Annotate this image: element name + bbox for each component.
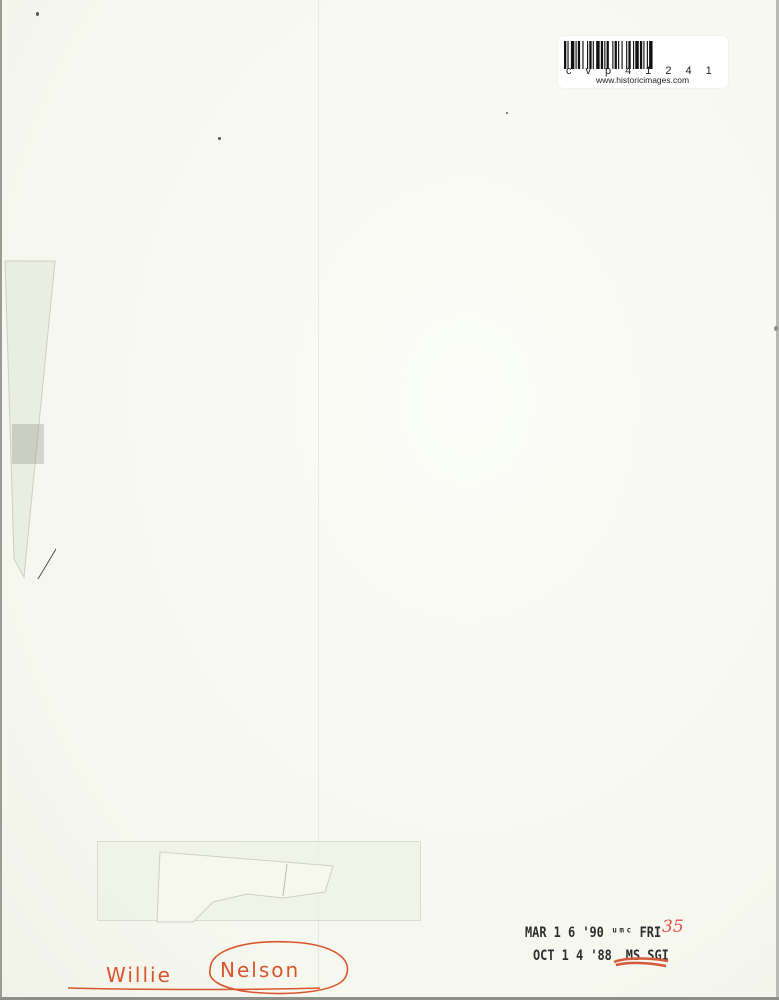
caption-last-name: Nelson (220, 958, 300, 982)
speck (218, 137, 221, 140)
barcode-label: cvp41241 www.historicimages.com (558, 36, 728, 88)
speck (506, 112, 508, 114)
handwritten-number: 35 (662, 917, 684, 937)
barcode-url: www.historicimages.com (596, 75, 689, 85)
caption-circle (60, 930, 360, 1000)
speck (36, 12, 39, 16)
speck (774, 326, 778, 331)
caption-first-name: Willie (106, 963, 172, 987)
scribble-strike (612, 955, 670, 969)
date-stamp-2-date: OCT 1 4 '88 (533, 948, 612, 964)
tape-strip-left (2, 259, 56, 579)
date-stamp-1: MAR 1 6 '90 ᵘᵐᶜ FRI (525, 925, 661, 941)
tape-fragment (155, 850, 335, 925)
